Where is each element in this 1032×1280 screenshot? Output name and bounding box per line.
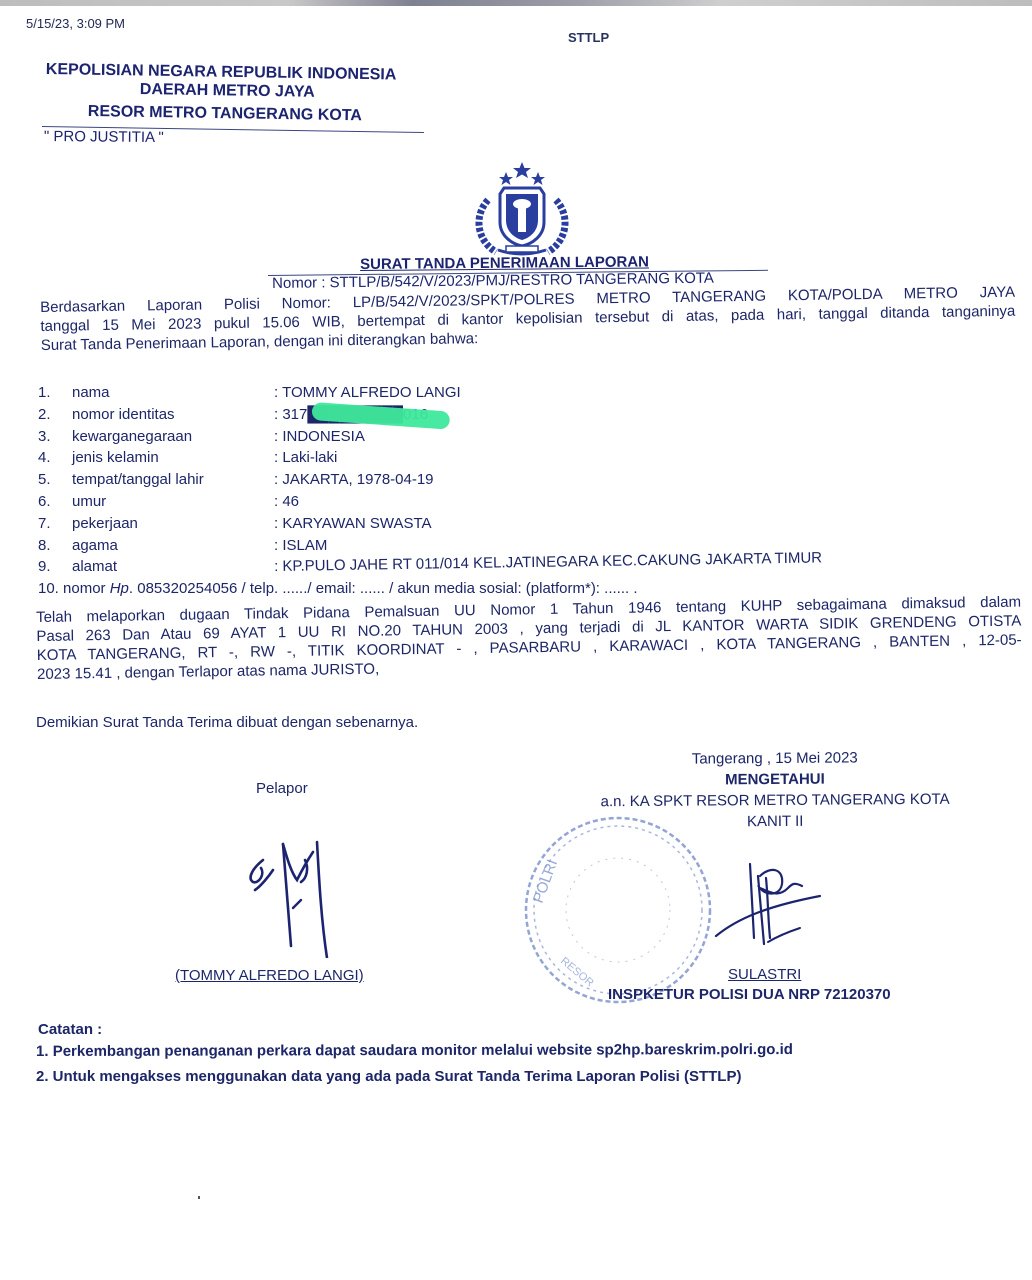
field-row-identity: 2. nomor identitas : 317█████████016: [38, 406, 938, 428]
letterhead-line-1: KEPOLISIAN NEGARA REPUBLIK INDONESIA: [46, 61, 397, 85]
field-number: 5.: [38, 471, 51, 488]
scan-speck: [198, 1196, 200, 1199]
note-item: 2. Untuk mengakses menggunakan data yang…: [36, 1068, 741, 1085]
field-value: : Laki-laki: [274, 449, 337, 466]
field-value: : INDONESIA: [274, 428, 365, 445]
field-value: : TOMMY ALFREDO LANGI: [274, 384, 461, 401]
report-paragraph: Telah melaporkan dugaan Tindak Pidana Pe…: [36, 593, 1022, 684]
field-row-birth: 5. tempat/tanggal lahir : JAKARTA, 1978-…: [38, 471, 938, 493]
field-label: nomor identitas: [72, 406, 175, 423]
field-number: 10.: [38, 580, 59, 597]
field-row-gender: 4. jenis kelamin : Laki-laki: [38, 449, 938, 471]
field-row-citizenship: 3. kewarganegaraan : INDONESIA: [38, 428, 938, 450]
field-row-age: 6. umur : 46: [38, 493, 938, 515]
field-row-name: 1. nama : TOMMY ALFREDO LANGI: [38, 384, 938, 406]
field-label: umur: [72, 493, 106, 510]
field-number: 6.: [38, 493, 51, 510]
letterhead-line-2: DAERAH METRO JAYA: [140, 81, 315, 102]
reporter-label: Pelapor: [256, 780, 308, 797]
officer-signature-icon: [708, 858, 824, 954]
field-value: : JAKARTA, 1978-04-19: [274, 471, 434, 488]
field-label: nama: [72, 384, 110, 401]
reporter-signature-icon: [235, 838, 345, 958]
note-item: 1. Perkembangan penanganan perkara dapat…: [36, 1041, 793, 1060]
polri-emblem-icon: [466, 160, 578, 260]
field-number: 8.: [38, 537, 51, 554]
print-page-title: STTLP: [568, 30, 609, 45]
field-value: : 46: [274, 493, 299, 510]
closing-statement: Demikian Surat Tanda Terima dibuat denga…: [36, 714, 418, 731]
police-stamp-icon: POLRI RESOR: [520, 812, 716, 1008]
field-value: : KARYAWAN SWASTA: [274, 515, 432, 532]
letterhead-motto: " PRO JUSTITIA ": [44, 128, 164, 146]
field-label: alamat: [72, 558, 117, 575]
field-label: agama: [72, 537, 118, 554]
notes-title: Catatan :: [38, 1021, 102, 1038]
field-number: 3.: [38, 428, 51, 445]
officer-name: SULASTRI: [728, 966, 801, 983]
field-label: tempat/tanggal lahir: [72, 471, 204, 488]
svg-text:POLRI: POLRI: [530, 857, 561, 905]
on-behalf-of: a.n. KA SPKT RESOR METRO TANGERANG KOTA: [540, 788, 1010, 812]
contact-prefix: nomor: [63, 580, 110, 597]
field-number: 4.: [38, 449, 51, 466]
print-timestamp: 5/15/23, 3:09 PM: [26, 16, 125, 31]
contact-hp-label: Hp: [110, 580, 129, 597]
field-label: jenis kelamin: [72, 449, 159, 466]
field-number: 7.: [38, 515, 51, 532]
field-row-occupation: 7. pekerjaan : KARYAWAN SWASTA: [38, 515, 938, 537]
letterhead-line-3: RESOR METRO TANGERANG KOTA: [88, 103, 362, 125]
field-value: : ISLAM: [274, 537, 327, 554]
field-row-address: 9. alamat : KP.PULO JAHE RT 011/014 KEL.…: [38, 558, 938, 580]
field-label: pekerjaan: [72, 515, 138, 532]
officer-rank: INSPKETUR POLISI DUA NRP 72120370: [608, 986, 891, 1003]
intro-paragraph: Berdasarkan Laporan Polisi Nomor: LP/B/5…: [40, 283, 1016, 355]
reporter-name: (TOMMY ALFREDO LANGI): [175, 967, 364, 984]
field-label: kewarganegaraan: [72, 428, 192, 445]
contact-details: . 085320254056 / telp. ....../ email: ..…: [129, 580, 638, 597]
field-number: 9.: [38, 558, 51, 575]
field-number: 1.: [38, 384, 51, 401]
field-number: 2.: [38, 406, 51, 423]
scan-top-edge: [0, 0, 1032, 6]
reporter-fields: 1. nama : TOMMY ALFREDO LANGI 2. nomor i…: [38, 384, 938, 602]
